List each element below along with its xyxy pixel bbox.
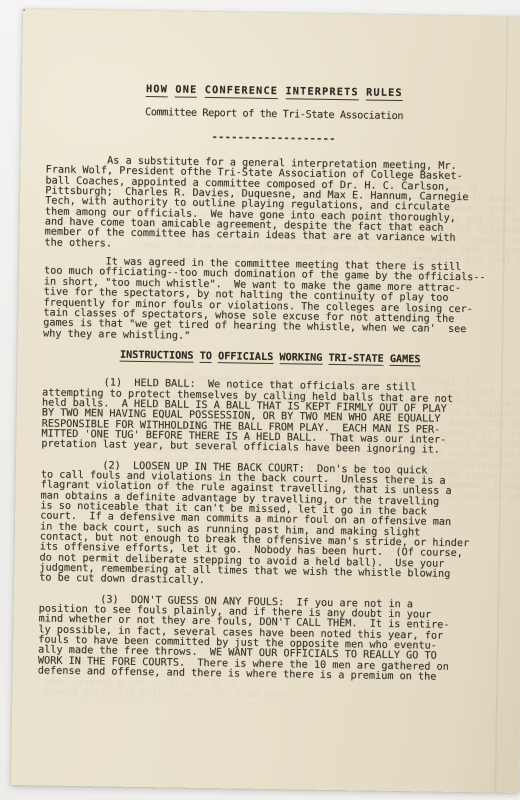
instruction-item-held-ball: (1) HELD BALL: We notice that officials … [41, 378, 497, 458]
document-page: It was agreed in the committee meeting t… [11, 9, 520, 793]
underlined-word: INTERPRETS [285, 86, 359, 100]
divider-dashes: ------------------- [46, 130, 501, 147]
bleed-through-text: As a substitute for a general interpreta… [42, 677, 292, 705]
section-heading: INSTRUCTIONS TO OFFICIALS WORKING TRI-ST… [43, 349, 498, 366]
paragraph-officiating: It was agreed in the committee meeting t… [43, 257, 499, 347]
underlined-word: WORKING [279, 352, 322, 365]
document-subtitle: Committee Report of the Tri-State Associ… [46, 107, 501, 124]
paragraph-intro: As a substitute for a general interpreta… [44, 155, 500, 255]
document-title: HOW ONE CONFERENCE INTERPRETS RULES [47, 83, 502, 100]
text-line: Frank Wolf, President ofthe Tri-State As… [42, 688, 292, 702]
underlined-word: OFFICIALS [218, 351, 273, 364]
text-line: ball Coaches, appointed a committee comp… [42, 698, 292, 705]
instruction-item-dont-guess: (3) DON'T GUESS ON ANY FOULS: If you are… [38, 594, 494, 684]
underlined-word: RULES [366, 87, 403, 100]
underlined-word: TRI-STATE [328, 353, 383, 366]
underlined-word: ONE [175, 84, 197, 97]
underlined-word: GAMES [390, 354, 421, 367]
scan-background: { "document": { "title": "HOW ONE CONFER… [0, 0, 520, 800]
underlined-word: INSTRUCTIONS [120, 349, 194, 363]
document-content: HOW ONE CONFERENCE INTERPRETS RULES Comm… [38, 83, 502, 684]
underlined-word: HOW [146, 84, 168, 97]
instruction-item-back-court: (2) LOOSEN UP IN THE BACK COURT: Don's b… [39, 460, 496, 591]
paper-specks [23, 9, 25, 11]
underlined-word: TO [200, 351, 212, 364]
underlined-word: CONFERENCE [205, 85, 279, 99]
